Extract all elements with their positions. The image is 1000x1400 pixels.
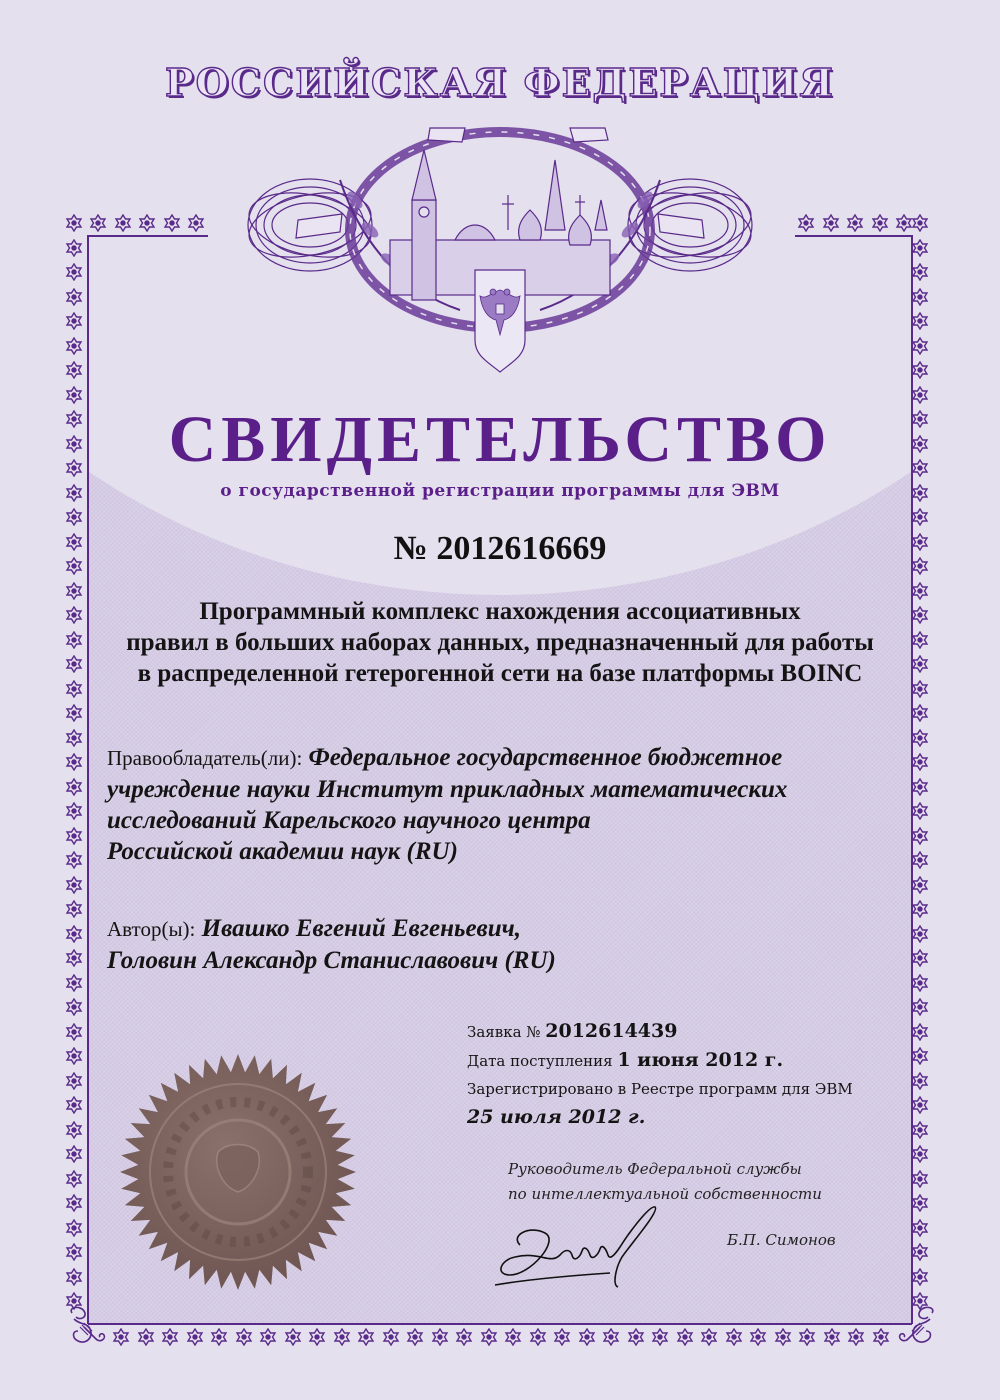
signatory-title-line: по интеллектуальной собственности: [508, 1182, 822, 1207]
eight-point-star-icon: [911, 239, 929, 257]
eight-point-star-icon: [65, 1243, 83, 1261]
rightholder-value-line: исследований Карельского научного центра: [107, 805, 787, 836]
eight-point-star-icon: [823, 1328, 841, 1346]
frame-line-left: [87, 235, 89, 1324]
frame-line-top-right: [795, 235, 912, 237]
eight-point-star-icon: [911, 386, 929, 404]
eight-point-star-icon: [65, 1121, 83, 1139]
eight-point-star-icon: [578, 1328, 596, 1346]
eight-point-star-icon: [382, 1328, 400, 1346]
eight-point-star-icon: [137, 1328, 155, 1346]
eight-point-star-icon: [65, 1023, 83, 1041]
eight-point-star-icon: [911, 704, 929, 722]
eight-point-star-icon: [822, 214, 840, 232]
registered-date: 25 июля 2012 г.: [467, 1103, 853, 1131]
program-name-line: Программный комплекс нахождения ассоциат…: [0, 596, 1000, 627]
authors-block: Автор(ы): Ивашко Евгений Евгеньевич, Гол…: [107, 913, 556, 976]
eight-point-star-icon: [911, 998, 929, 1016]
eight-point-star-icon: [138, 214, 156, 232]
eight-point-star-icon: [911, 778, 929, 796]
eight-point-star-icon: [627, 1328, 645, 1346]
eight-point-star-icon: [798, 1328, 816, 1346]
eight-point-star-icon: [846, 214, 864, 232]
certificate-page: РОССИЙСКАЯ ФЕДЕРАЦИЯ: [0, 0, 1000, 1400]
eight-point-star-icon: [65, 1072, 83, 1090]
eight-point-star-icon: [65, 949, 83, 967]
eight-point-star-icon: [65, 239, 83, 257]
eight-point-star-icon: [911, 900, 929, 918]
signatory-title-line: Руководитель Федеральной службы: [508, 1157, 822, 1182]
scroll-corner-icon: [66, 1305, 110, 1349]
program-name-line: правил в больших наборах данных, предназ…: [0, 627, 1000, 658]
scroll-corner-icon: [894, 1305, 938, 1349]
eight-point-star-icon: [186, 1328, 204, 1346]
rightholder-value: Федеральное государственное бюджетное: [309, 744, 783, 771]
eight-point-star-icon: [725, 1328, 743, 1346]
eight-point-star-icon: [65, 729, 83, 747]
eight-point-star-icon: [235, 1328, 253, 1346]
rightholder-value-line: Российской академии наук (RU): [107, 836, 787, 867]
eight-point-star-icon: [65, 1096, 83, 1114]
eight-point-star-icon: [65, 851, 83, 869]
eight-point-star-icon: [911, 729, 929, 747]
eight-point-star-icon: [911, 949, 929, 967]
eight-point-star-icon: [911, 851, 929, 869]
embossed-gold-seal-icon: [118, 1052, 358, 1292]
frame-line-bottom: [88, 1323, 912, 1325]
eight-point-star-icon: [911, 337, 929, 355]
eight-point-star-icon: [65, 876, 83, 894]
country-heading: РОССИЙСКАЯ ФЕДЕРАЦИЯ: [0, 60, 1000, 105]
eight-point-star-icon: [911, 876, 929, 894]
eight-point-star-icon: [89, 214, 107, 232]
kremlin-wreath-emblem: [230, 120, 770, 390]
eight-point-star-icon: [65, 386, 83, 404]
eight-point-star-icon: [65, 1170, 83, 1188]
eight-point-star-icon: [911, 1268, 929, 1286]
eight-point-star-icon: [911, 361, 929, 379]
eight-point-star-icon: [65, 802, 83, 820]
eight-point-star-icon: [163, 214, 181, 232]
eight-point-star-icon: [357, 1328, 375, 1346]
authors-label: Автор(ы):: [107, 917, 195, 941]
eight-point-star-icon: [676, 1328, 694, 1346]
application-label: Заявка №: [467, 1023, 540, 1041]
eight-point-star-icon: [911, 802, 929, 820]
eight-point-star-icon: [65, 827, 83, 845]
eight-point-star-icon: [455, 1328, 473, 1346]
eight-point-star-icon: [65, 998, 83, 1016]
eight-point-star-icon: [872, 1328, 890, 1346]
eight-point-star-icon: [114, 214, 132, 232]
eight-point-star-icon: [911, 827, 929, 845]
certificate-title: СВИДЕТЕЛЬСТВО: [0, 402, 1000, 478]
rightholder-value-line: учреждение науки Институт прикладных мат…: [107, 774, 787, 805]
certificate-subtitle: о государственной регистрации программы …: [0, 481, 1000, 501]
eight-point-star-icon: [700, 1328, 718, 1346]
eight-point-star-icon: [65, 753, 83, 771]
eight-point-star-icon: [911, 753, 929, 771]
eight-point-star-icon: [65, 778, 83, 796]
eight-point-star-icon: [65, 312, 83, 330]
rightholder-label: Правообладатель(ли):: [107, 746, 302, 770]
certificate-number: № 2012616669: [0, 530, 1000, 568]
eight-point-star-icon: [911, 1243, 929, 1261]
eight-point-star-icon: [504, 1328, 522, 1346]
eight-point-star-icon: [308, 1328, 326, 1346]
eight-point-star-icon: [911, 1145, 929, 1163]
eight-point-star-icon: [65, 974, 83, 992]
signature: [490, 1205, 690, 1295]
eight-point-star-icon: [895, 214, 913, 232]
eight-point-star-icon: [161, 1328, 179, 1346]
rightholder-block: Правообладатель(ли): Федеральное государ…: [107, 742, 787, 867]
received-date: 1 июня 2012 г.: [617, 1049, 783, 1071]
eight-point-star-icon: [65, 214, 83, 232]
eight-point-star-icon: [911, 925, 929, 943]
eight-point-star-icon: [749, 1328, 767, 1346]
eight-point-star-icon: [112, 1328, 130, 1346]
eight-point-star-icon: [480, 1328, 498, 1346]
application-number: 2012614439: [545, 1020, 677, 1042]
registration-details: Заявка № 2012614439 Дата поступления 1 и…: [467, 1017, 853, 1131]
eight-point-star-icon: [871, 214, 889, 232]
eight-point-star-icon: [911, 1121, 929, 1139]
eight-point-star-icon: [553, 1328, 571, 1346]
received-label: Дата поступления: [467, 1052, 613, 1070]
eight-point-star-icon: [911, 1194, 929, 1212]
eight-point-star-icon: [911, 508, 929, 526]
program-name-line: в распределенной гетерогенной сети на ба…: [0, 658, 1000, 689]
frame-line-top-left: [88, 235, 208, 237]
eight-point-star-icon: [911, 1219, 929, 1237]
signatory-title: Руководитель Федеральной службы по интел…: [508, 1157, 822, 1207]
eight-point-star-icon: [651, 1328, 669, 1346]
eight-point-star-icon: [529, 1328, 547, 1346]
eight-point-star-icon: [65, 1219, 83, 1237]
eight-point-star-icon: [65, 337, 83, 355]
eight-point-star-icon: [284, 1328, 302, 1346]
eight-point-star-icon: [65, 1268, 83, 1286]
eight-point-star-icon: [911, 1047, 929, 1065]
signatory-name: Б.П. Симонов: [727, 1231, 836, 1249]
eight-point-star-icon: [187, 214, 205, 232]
eight-point-star-icon: [911, 1072, 929, 1090]
eight-point-star-icon: [65, 288, 83, 306]
eight-point-star-icon: [65, 925, 83, 943]
eight-point-star-icon: [65, 361, 83, 379]
eight-point-star-icon: [774, 1328, 792, 1346]
eight-point-star-icon: [65, 900, 83, 918]
author-name: Ивашко Евгений Евгеньевич,: [202, 915, 521, 942]
program-name: Программный комплекс нахождения ассоциат…: [0, 596, 1000, 689]
eight-point-star-icon: [65, 263, 83, 281]
eight-point-star-icon: [65, 1047, 83, 1065]
eight-point-star-icon: [911, 263, 929, 281]
eight-point-star-icon: [65, 1194, 83, 1212]
eight-point-star-icon: [911, 974, 929, 992]
eight-point-star-icon: [210, 1328, 228, 1346]
eight-point-star-icon: [911, 214, 929, 232]
eight-point-star-icon: [602, 1328, 620, 1346]
eight-point-star-icon: [65, 704, 83, 722]
eight-point-star-icon: [65, 508, 83, 526]
eight-point-star-icon: [911, 1023, 929, 1041]
eight-point-star-icon: [847, 1328, 865, 1346]
eight-point-star-icon: [911, 312, 929, 330]
eight-point-star-icon: [797, 214, 815, 232]
eight-point-star-icon: [911, 288, 929, 306]
eight-point-star-icon: [911, 1096, 929, 1114]
eight-point-star-icon: [911, 1170, 929, 1188]
eight-point-star-icon: [431, 1328, 449, 1346]
eight-point-star-icon: [406, 1328, 424, 1346]
eight-point-star-icon: [65, 1145, 83, 1163]
eight-point-star-icon: [259, 1328, 277, 1346]
author-name: Головин Александр Станиславович (RU): [107, 945, 556, 976]
eight-point-star-icon: [333, 1328, 351, 1346]
registered-label: Зарегистрировано в Реестре программ для …: [467, 1075, 853, 1103]
